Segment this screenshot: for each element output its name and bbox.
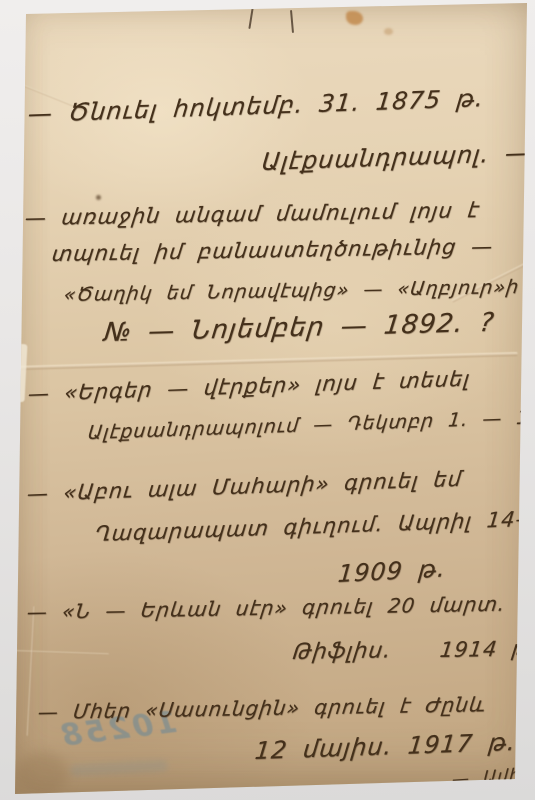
left-edge-chip — [14, 344, 27, 402]
left-mid-crease — [14, 650, 109, 655]
handwritten-line-12: — «Ն — Երևան սէր» գրուել 20 մարտ. — [26, 592, 507, 624]
handwritten-line-9: — «Աբու ալա Մահարի» գրուել եմ — [26, 467, 464, 506]
ink-speck — [96, 195, 101, 200]
handwritten-line-10: Ղազարապատ գիւղում. Ապրիլ 14–17. — [94, 506, 535, 546]
handwritten-line-13: Թիֆլիս. — [291, 638, 392, 665]
handwritten-line-14: 1914 թ. — [439, 636, 535, 662]
handwritten-line-11: 1909 թ. — [337, 554, 447, 588]
top-ink-mark-2 — [290, 10, 294, 33]
handwritten-line-3: — առաջին անգամ մամուլում լոյս է — [24, 198, 481, 230]
handwritten-line-6: № — Նոյեմբեր — 1892. ? — [102, 308, 496, 348]
handwritten-line-17: — Ավիկ — [451, 764, 533, 790]
left-vertical-crease — [27, 606, 36, 736]
handwritten-line-2: Ալէքսանդրապոլ. — — [261, 139, 532, 176]
bleedthrough-smear — [70, 759, 168, 776]
top-ink-mark — [248, 8, 253, 29]
faint-stain — [384, 28, 393, 35]
manuscript-page: 10258 — Ծնուել հոկտեմբ. 31. 1875 թ.Ալէքս… — [0, 0, 535, 800]
handwritten-line-15: — Մհեր «Սասունցին» գրուել է Ժընև — [37, 692, 488, 724]
handwritten-line-16: 12 մայիս. 1917 թ. — [254, 728, 518, 765]
handwritten-line-1: — Ծնուել հոկտեմբ. 31. 1875 թ. — [27, 84, 486, 128]
corner-discoloration — [16, 752, 68, 796]
photo-background: 10258 — Ծնուել հոկտեմբ. 31. 1875 թ.Ալէքս… — [0, 0, 535, 800]
handwritten-line-4: տպուել իմ բանաստեղծութիւնից — — [51, 234, 495, 266]
handwritten-line-8: Ալէքսանդրապոլում — Դեկտբր 1. — 1898 թ. — [87, 404, 535, 444]
brown-stain — [346, 11, 363, 25]
handwritten-line-7: — «Երգեր — վէրքեր» լոյս է տեսել — [27, 367, 472, 407]
